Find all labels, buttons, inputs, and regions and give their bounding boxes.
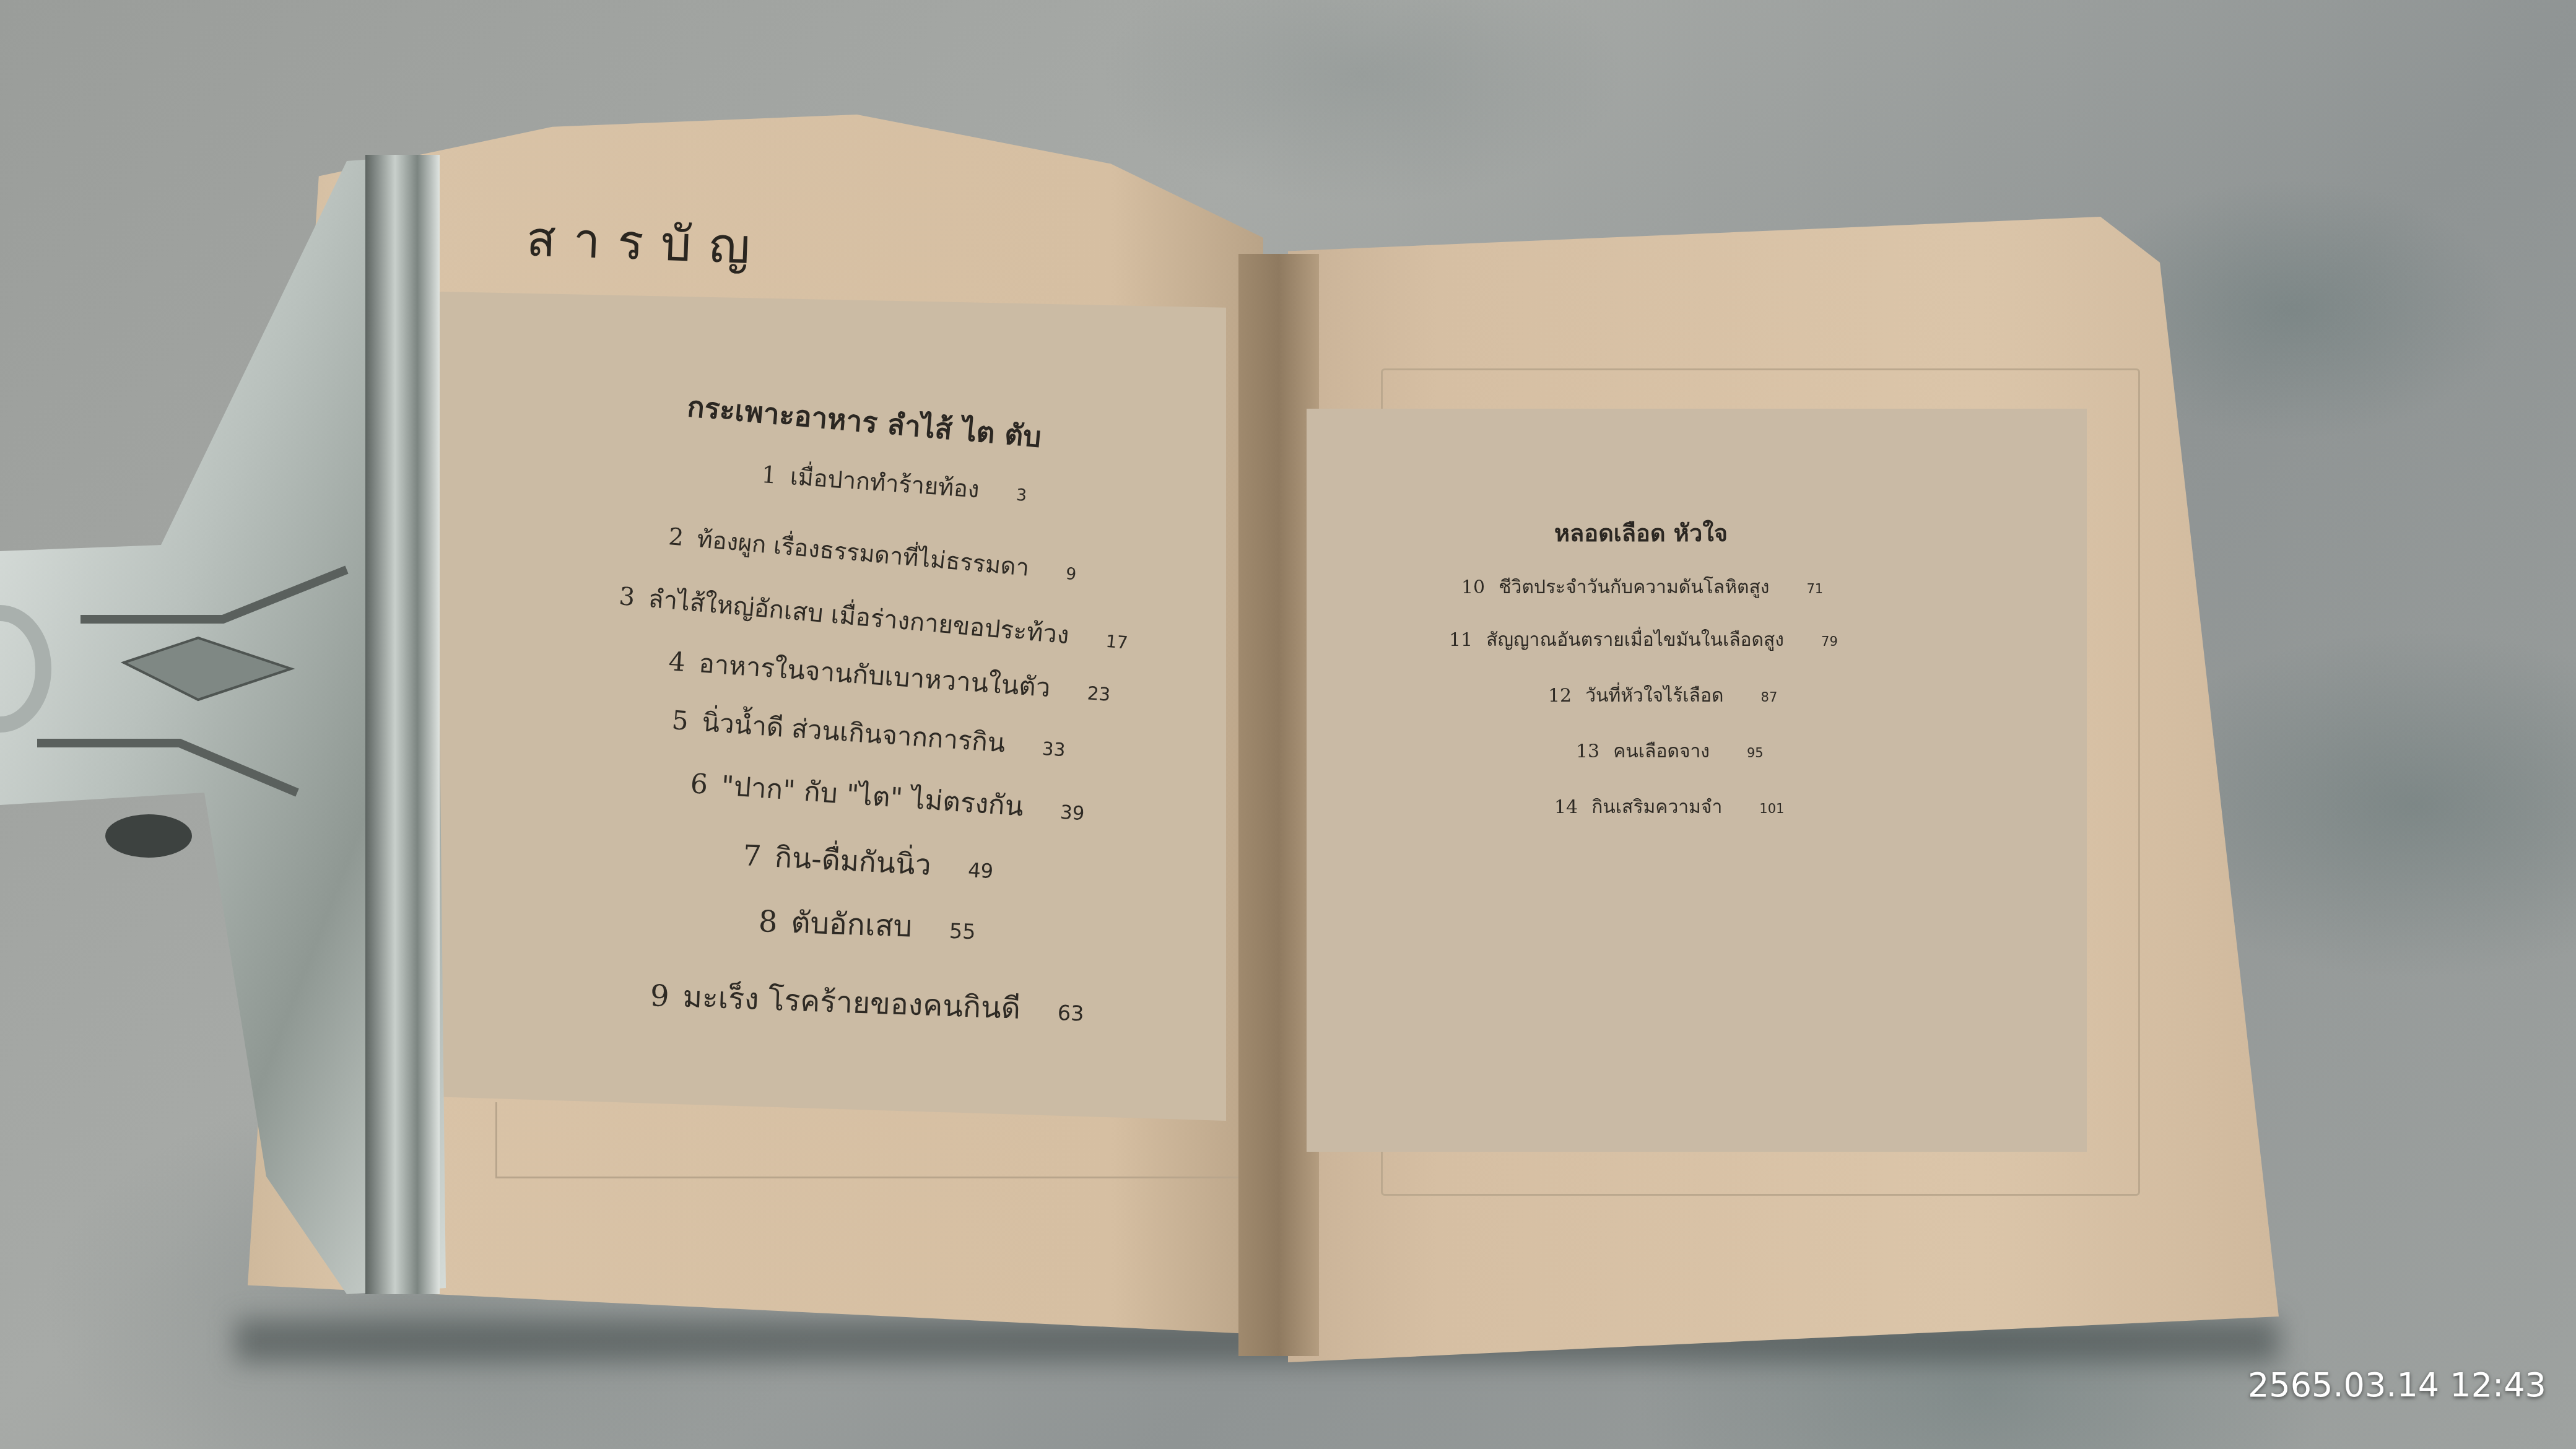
toc-page: 23 [1087,682,1112,705]
page-title: สารบัญ [525,200,768,285]
toc-entry: 8ตับอักเสบ55 [758,898,977,952]
toc-title: ชีวิตประจำวันกับความดันโลหิตสูง [1499,577,1769,598]
toc-page: 71 [1806,581,1823,596]
toc-page: 17 [1105,631,1128,653]
toc-title: ตับอักเสบ [791,905,913,944]
toc-page: 9 [1065,564,1077,584]
toc-page: 39 [1060,801,1086,825]
toc-entry: 12วันที่หัวใจไร้เลือด87 [1548,681,1777,710]
toc-title: กิน-ดื่มกันนิ่ว [774,840,932,882]
toc-title: มะเร็ง โรคร้ายของคนกินดี [682,980,1022,1026]
toc-page: 3 [1016,485,1027,505]
toc-page: 63 [1057,1001,1084,1025]
toc-page: 33 [1042,738,1066,761]
toc-page: 95 [1747,746,1764,760]
toc-page: 49 [967,858,994,883]
toc-page: 55 [949,919,976,944]
toc-entry: 10ชีวิตประจำวันกับความดันโลหิตสูง71 [1461,573,1823,602]
toc-title: คนเลือดจาง [1613,741,1710,762]
toc-entry: 11สัญญาณอันตรายเมื่อไขมันในเลือดสูง79 [1449,625,1838,655]
toc-title: สัญญาณอันตรายเมื่อไขมันในเลือดสูง [1486,629,1784,651]
photo-timestamp: 2565.03.14 12:43 [2248,1365,2546,1404]
toc-title: วันที่หัวใจไร้เลือด [1585,685,1723,707]
toc-entry: 13คนเลือดจาง95 [1576,737,1764,766]
binder-clip-icon [0,149,483,1300]
toc-title: กินเสริมความจำ [1591,796,1722,818]
toc-entry: 14กินเสริมความจำ101 [1554,793,1784,822]
toc-page: 101 [1759,801,1784,816]
left-page-frame [495,1102,1240,1178]
toc-page: 87 [1761,690,1778,705]
section-heading-cardio: หลอดเลือด หัวใจ [1554,514,1728,552]
toc-page: 79 [1821,634,1838,649]
